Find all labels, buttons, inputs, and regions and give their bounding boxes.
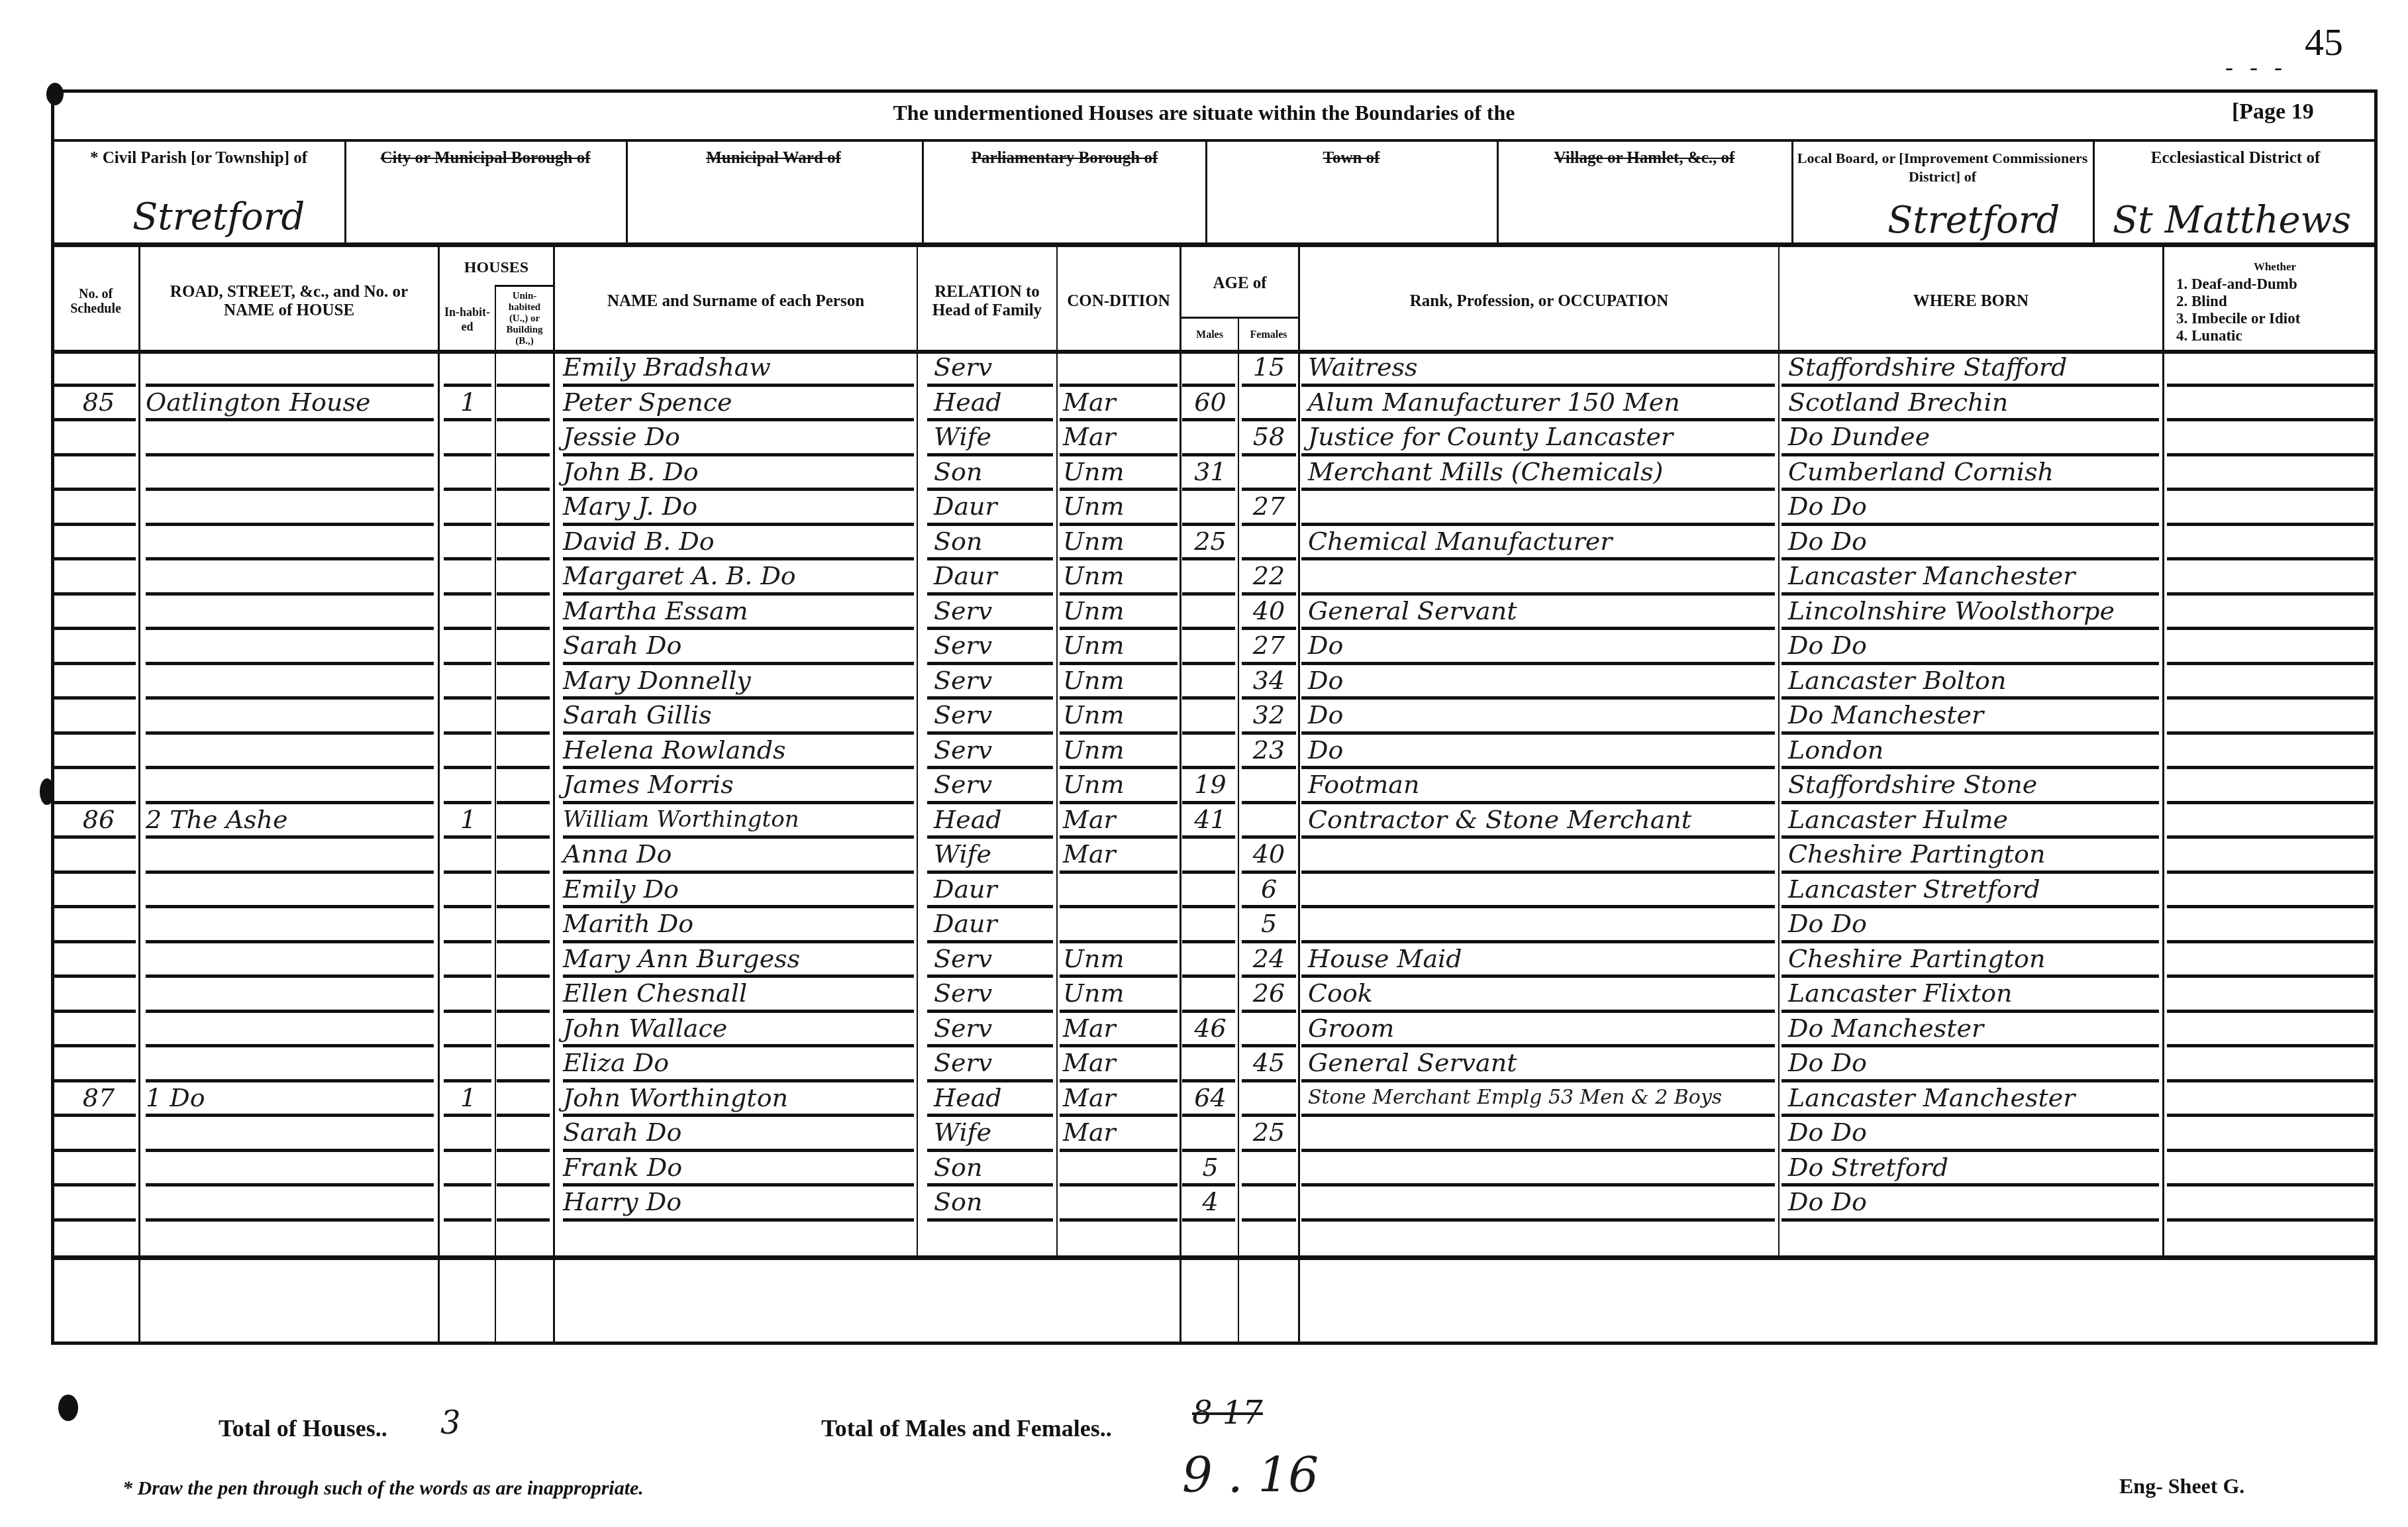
cell-name: Helena Rowlands	[563, 733, 914, 767]
boundary-label: Town of	[1323, 149, 1380, 167]
cell-relation: Serv	[934, 663, 1053, 698]
cell-male-age	[1185, 837, 1235, 871]
cell-occupation: General Servant	[1308, 1045, 1775, 1080]
cell-female-age	[1242, 802, 1295, 837]
col-rule	[553, 247, 555, 1345]
cell-infirmity	[2169, 1080, 2368, 1115]
cell-uninhabited	[498, 594, 551, 628]
cell-female-age: 6	[1242, 872, 1295, 906]
totals-houses-label: Total of Houses..	[219, 1414, 387, 1442]
cell-relation: Son	[934, 1150, 1053, 1185]
cell-where-born: Lancaster Manchester	[1788, 1080, 2159, 1115]
cell-occupation: General Servant	[1308, 594, 1775, 628]
cell-condition	[1063, 906, 1176, 941]
boundary-label: * Civil Parish [or Township] of	[90, 149, 307, 167]
cell-infirmity	[2169, 350, 2368, 384]
cell-where-born: Do Do	[1788, 1115, 2159, 1149]
cell-relation: Daur	[934, 489, 1053, 523]
cell-occupation: Waitress	[1308, 350, 1775, 384]
header-road: ROAD, STREET, &c., and No. or NAME of HO…	[140, 252, 438, 351]
cell-condition: Unm	[1063, 524, 1176, 558]
cell-where-born: Do Do	[1788, 1045, 2159, 1080]
header-condition: CON-DITION	[1058, 252, 1179, 351]
cell-schedule	[60, 1150, 138, 1185]
cell-condition: Mar	[1063, 1045, 1176, 1080]
cell-female-age: 24	[1242, 941, 1295, 976]
cell-road	[146, 663, 437, 698]
totals-people-label: Total of Males and Females..	[821, 1414, 1112, 1442]
cell-schedule	[60, 454, 138, 489]
cell-road	[146, 941, 437, 976]
cell-female-age: 58	[1242, 419, 1295, 454]
cell-inhabited	[445, 1011, 491, 1045]
cell-inhabited: 1	[445, 1080, 491, 1115]
cell-road	[146, 1115, 437, 1149]
cell-schedule	[60, 1011, 138, 1045]
boundary-village: Village or Hamlet, &c., of	[1499, 142, 1790, 242]
cell-relation: Serv	[934, 698, 1053, 732]
cell-schedule: 86	[60, 802, 138, 837]
cell-condition	[1063, 872, 1176, 906]
cell-uninhabited	[498, 698, 551, 732]
cell-male-age: 46	[1185, 1011, 1235, 1045]
cell-condition	[1063, 1150, 1176, 1185]
cell-inhabited	[445, 419, 491, 454]
cell-where-born: Lancaster Bolton	[1788, 663, 2159, 698]
cell-road	[146, 594, 437, 628]
cell-uninhabited	[498, 976, 551, 1010]
cell-relation: Serv	[934, 941, 1053, 976]
cell-name: Anna Do	[563, 837, 914, 871]
cell-male-age	[1185, 906, 1235, 941]
cell-occupation	[1308, 1150, 1775, 1185]
cell-name: Emily Do	[563, 872, 914, 906]
cell-schedule	[60, 837, 138, 871]
cell-infirmity	[2169, 1045, 2368, 1080]
cell-relation: Daur	[934, 872, 1053, 906]
cell-inhabited	[445, 906, 491, 941]
cell-female-age: 5	[1242, 906, 1295, 941]
title-divider	[51, 139, 2378, 142]
cell-where-born: Cheshire Partington	[1788, 837, 2159, 871]
cell-inhabited	[445, 454, 491, 489]
cell-male-age	[1185, 350, 1235, 384]
cell-schedule	[60, 733, 138, 767]
cell-schedule	[60, 663, 138, 698]
footnote: * Draw the pen through such of the words…	[123, 1477, 644, 1500]
header-relation: RELATION to Head of Family	[918, 252, 1056, 351]
cell-infirmity	[2169, 906, 2368, 941]
col-rule	[138, 247, 140, 1345]
cell-inhabited: 1	[445, 385, 491, 419]
cell-female-age	[1242, 454, 1295, 489]
cell-relation: Serv	[934, 594, 1053, 628]
cell-schedule	[60, 1045, 138, 1080]
cell-occupation: Do	[1308, 698, 1775, 732]
header-males: Males	[1181, 319, 1238, 351]
col-rule	[2162, 247, 2164, 1257]
cell-male-age: 31	[1185, 454, 1235, 489]
cell-uninhabited	[498, 906, 551, 941]
header-schedule: No. of Schedule	[53, 252, 138, 351]
boundary-label: Parliamentary Borough of	[972, 149, 1158, 167]
cell-relation: Wife	[934, 419, 1053, 454]
infirmity-option: 4. Lunatic	[2176, 327, 2242, 344]
cell-female-age: 32	[1242, 698, 1295, 732]
cell-where-born: Do Manchester	[1788, 698, 2159, 732]
cell-male-age	[1185, 628, 1235, 662]
cell-road	[146, 1150, 437, 1185]
cell-male-age: 4	[1185, 1185, 1235, 1219]
cell-where-born: Do Do	[1788, 628, 2159, 662]
boundary-label: City or Municipal Borough of	[380, 149, 590, 167]
cell-male-age	[1185, 558, 1235, 593]
col-rule	[495, 285, 496, 1345]
cell-road	[146, 698, 437, 732]
boundary-town: Town of	[1207, 142, 1495, 242]
cell-inhabited	[445, 872, 491, 906]
cell-uninhabited	[498, 489, 551, 523]
cell-road	[146, 906, 437, 941]
cell-name: Marith Do	[563, 906, 914, 941]
cell-inhabited	[445, 837, 491, 871]
cell-infirmity	[2169, 802, 2368, 837]
cell-infirmity	[2169, 767, 2368, 802]
header-infirmity: Whether 1. Deaf-and-Dumb 2. Blind 3. Imb…	[2164, 252, 2376, 351]
cell-occupation: Do	[1308, 628, 1775, 662]
cell-condition: Unm	[1063, 558, 1176, 593]
cell-condition: Unm	[1063, 733, 1176, 767]
folio-dashes: - - -	[2225, 53, 2287, 81]
cell-road	[146, 1185, 437, 1219]
cell-condition	[1063, 1185, 1176, 1219]
totals-houses-value: 3	[440, 1404, 461, 1442]
cell-where-born: London	[1788, 733, 2159, 767]
row-rule	[53, 1218, 136, 1222]
cell-schedule	[60, 524, 138, 558]
cell-where-born: Do Do	[1788, 906, 2159, 941]
col-rule	[1298, 247, 1300, 1345]
cell-road	[146, 350, 437, 384]
cell-road: 1 Do	[146, 1080, 437, 1115]
cell-occupation: Cook	[1308, 976, 1775, 1010]
cell-condition: Unm	[1063, 594, 1176, 628]
cell-male-age	[1185, 594, 1235, 628]
cell-name: Sarah Gillis	[563, 698, 914, 732]
cell-inhabited	[445, 1150, 491, 1185]
cell-uninhabited	[498, 733, 551, 767]
cell-female-age: 22	[1242, 558, 1295, 593]
cell-where-born: Staffordshire Stafford	[1788, 350, 2159, 384]
cell-inhabited	[445, 1045, 491, 1080]
cell-relation: Daur	[934, 906, 1053, 941]
cell-relation: Son	[934, 1185, 1053, 1219]
row-rule	[1781, 1218, 2159, 1222]
totals-people-corrected: 9 . 16	[1182, 1448, 1319, 1503]
cell-condition: Unm	[1063, 941, 1176, 976]
cell-relation: Son	[934, 454, 1053, 489]
cell-schedule: 85	[60, 385, 138, 419]
col-rule	[1238, 317, 1239, 1345]
cell-infirmity	[2169, 489, 2368, 523]
cell-male-age: 64	[1185, 1080, 1235, 1115]
cell-male-age: 5	[1185, 1150, 1235, 1185]
boundary-bottom-rule	[51, 242, 2378, 247]
cell-inhabited	[445, 628, 491, 662]
cell-schedule	[60, 872, 138, 906]
boundary-value-ecclesiastical: St Matthews	[2113, 199, 2351, 242]
cell-uninhabited	[498, 454, 551, 489]
boundary-city: City or Municipal Borough of	[346, 142, 625, 242]
cell-relation: Wife	[934, 837, 1053, 871]
cell-road	[146, 489, 437, 523]
cell-condition: Mar	[1063, 1011, 1176, 1045]
cell-relation: Serv	[934, 628, 1053, 662]
cell-inhabited	[445, 489, 491, 523]
boundary-value-local-board: Stretford	[1887, 199, 2060, 242]
cell-relation: Serv	[934, 1011, 1053, 1045]
header-uninhabited: Unin-habited (U.,) or Building (B.,)	[496, 287, 553, 351]
cell-relation: Son	[934, 524, 1053, 558]
boundary-label: Local Board, or [Improvement Commissione…	[1797, 150, 2088, 185]
cell-uninhabited	[498, 1185, 551, 1219]
cell-inhabited	[445, 524, 491, 558]
cell-uninhabited	[498, 628, 551, 662]
cell-condition: Mar	[1063, 802, 1176, 837]
cell-infirmity	[2169, 1011, 2368, 1045]
cell-uninhabited	[498, 802, 551, 837]
binding-hole	[46, 83, 64, 105]
cell-relation: Serv	[934, 976, 1053, 1010]
cell-female-age: 15	[1242, 350, 1295, 384]
cell-condition: Unm	[1063, 767, 1176, 802]
cell-name: William Worthington	[563, 802, 914, 837]
cell-schedule: 87	[60, 1080, 138, 1115]
cell-road	[146, 628, 437, 662]
cell-female-age	[1242, 1011, 1295, 1045]
cell-male-age	[1185, 698, 1235, 732]
rows-bottom-rule	[51, 1255, 2378, 1260]
cell-occupation	[1308, 489, 1775, 523]
cell-uninhabited	[498, 1080, 551, 1115]
cell-occupation: Chemical Manufacturer	[1308, 524, 1775, 558]
col-rule	[1778, 247, 1780, 1257]
col-rule	[917, 247, 918, 1257]
boundary-label: Ecclesiastical District of	[2151, 149, 2320, 167]
binding-hole	[40, 778, 54, 805]
cell-female-age: 45	[1242, 1045, 1295, 1080]
cell-occupation: Do	[1308, 733, 1775, 767]
page-label: [Page 19	[2232, 99, 2314, 125]
row-rule	[146, 1218, 434, 1222]
cell-female-age	[1242, 1080, 1295, 1115]
cell-condition: Unm	[1063, 454, 1176, 489]
cell-condition: Unm	[1063, 698, 1176, 732]
cell-road	[146, 872, 437, 906]
cell-infirmity	[2169, 1185, 2368, 1219]
cell-road	[146, 837, 437, 871]
cell-infirmity	[2169, 385, 2368, 419]
cell-condition: Mar	[1063, 419, 1176, 454]
cell-uninhabited	[498, 385, 551, 419]
infirmity-option: 2. Blind	[2176, 293, 2227, 310]
header-inhabited: In-habit-ed	[440, 287, 495, 351]
cell-schedule	[60, 1185, 138, 1219]
cell-condition: Unm	[1063, 489, 1176, 523]
cell-female-age: 40	[1242, 837, 1295, 871]
cell-infirmity	[2169, 698, 2368, 732]
cell-condition: Mar	[1063, 837, 1176, 871]
cell-condition: Mar	[1063, 1115, 1176, 1149]
cell-infirmity	[2169, 976, 2368, 1010]
cell-name: David B. Do	[563, 524, 914, 558]
row-rule	[2167, 1218, 2374, 1222]
cell-name: Eliza Do	[563, 1045, 914, 1080]
cell-condition: Mar	[1063, 385, 1176, 419]
cell-male-age	[1185, 941, 1235, 976]
cell-female-age: 34	[1242, 663, 1295, 698]
cell-name: John Worthington	[563, 1080, 914, 1115]
cell-where-born: Do Stretford	[1788, 1150, 2159, 1185]
cell-occupation: Justice for County Lancaster	[1308, 419, 1775, 454]
col-rule	[1056, 247, 1058, 1257]
infirmity-option: 1. Deaf-and-Dumb	[2176, 276, 2297, 293]
cell-condition: Unm	[1063, 663, 1176, 698]
boundary-label: Village or Hamlet, &c., of	[1554, 149, 1735, 167]
cell-where-born: Staffordshire Stone	[1788, 767, 2159, 802]
cell-road	[146, 524, 437, 558]
cell-infirmity	[2169, 524, 2368, 558]
header-name: NAME and Surname of each Person	[555, 252, 917, 351]
row-rule	[927, 1218, 1053, 1222]
cell-relation: Head	[934, 385, 1053, 419]
cell-schedule	[60, 1115, 138, 1149]
cell-female-age	[1242, 767, 1295, 802]
cell-male-age	[1185, 1045, 1235, 1080]
cell-road	[146, 1011, 437, 1045]
cell-male-age: 41	[1185, 802, 1235, 837]
cell-uninhabited	[498, 837, 551, 871]
cell-schedule	[60, 767, 138, 802]
cell-uninhabited	[498, 558, 551, 593]
cell-name: Sarah Do	[563, 1115, 914, 1149]
cell-where-born: Do Dundee	[1788, 419, 2159, 454]
cell-schedule	[60, 419, 138, 454]
cell-inhabited	[445, 663, 491, 698]
cell-inhabited: 1	[445, 802, 491, 837]
cell-female-age: 40	[1242, 594, 1295, 628]
cell-schedule	[60, 594, 138, 628]
cell-male-age	[1185, 976, 1235, 1010]
cell-name: Emily Bradshaw	[563, 350, 914, 384]
cell-road	[146, 976, 437, 1010]
cell-road: Oatlington House	[146, 385, 437, 419]
cell-road	[146, 1045, 437, 1080]
cell-road	[146, 767, 437, 802]
cell-occupation: House Maid	[1308, 941, 1775, 976]
cell-male-age	[1185, 1115, 1235, 1149]
cell-female-age: 27	[1242, 628, 1295, 662]
cell-where-born: Lincolnshire Woolsthorpe	[1788, 594, 2159, 628]
cell-relation: Head	[934, 1080, 1053, 1115]
sheet-label: Eng- Sheet G.	[2119, 1474, 2244, 1499]
cell-where-born: Lancaster Hulme	[1788, 802, 2159, 837]
cell-schedule	[60, 558, 138, 593]
cell-where-born: Do Do	[1788, 1185, 2159, 1219]
cell-relation: Serv	[934, 1045, 1053, 1080]
cell-name: Mary Donnelly	[563, 663, 914, 698]
cell-uninhabited	[498, 524, 551, 558]
cell-where-born: Do Do	[1788, 489, 2159, 523]
cell-female-age	[1242, 1150, 1295, 1185]
cell-name: Mary Ann Burgess	[563, 941, 914, 976]
cell-infirmity	[2169, 1115, 2368, 1149]
boundary-label: Municipal Ward of	[706, 149, 841, 167]
col-rule	[438, 247, 440, 1345]
cell-road: 2 The Ashe	[146, 802, 437, 837]
cell-name: James Morris	[563, 767, 914, 802]
cell-inhabited	[445, 558, 491, 593]
cell-schedule	[60, 941, 138, 976]
cell-male-age	[1185, 663, 1235, 698]
cell-inhabited	[445, 1115, 491, 1149]
cell-occupation	[1308, 1185, 1775, 1219]
cell-schedule	[60, 628, 138, 662]
boundary-value-civil-parish: Stretford	[132, 195, 305, 238]
cell-male-age: 60	[1185, 385, 1235, 419]
cell-condition: Mar	[1063, 1080, 1176, 1115]
cell-uninhabited	[498, 941, 551, 976]
cell-relation: Serv	[934, 733, 1053, 767]
cell-infirmity	[2169, 663, 2368, 698]
cell-male-age	[1185, 872, 1235, 906]
cell-where-born: Scotland Brechin	[1788, 385, 2159, 419]
cell-inhabited	[445, 733, 491, 767]
row-rule	[444, 1218, 491, 1222]
cell-uninhabited	[498, 1115, 551, 1149]
cell-inhabited	[445, 976, 491, 1010]
cell-infirmity	[2169, 733, 2368, 767]
cell-relation: Serv	[934, 350, 1053, 384]
cell-infirmity	[2169, 594, 2368, 628]
row-rule	[1060, 1218, 1178, 1222]
row-rule	[1301, 1218, 1775, 1222]
cell-uninhabited	[498, 419, 551, 454]
cell-road	[146, 419, 437, 454]
cell-condition: Unm	[1063, 976, 1176, 1010]
cell-road	[146, 733, 437, 767]
boundary-title: The undermentioned Houses are situate wi…	[0, 101, 2408, 125]
cell-uninhabited	[498, 1011, 551, 1045]
cell-uninhabited	[498, 350, 551, 384]
header-where-born: WHERE BORN	[1780, 252, 2162, 351]
boundary-municipal-ward: Municipal Ward of	[628, 142, 919, 242]
cell-name: Martha Essam	[563, 594, 914, 628]
cell-female-age	[1242, 524, 1295, 558]
cell-where-born: Do Do	[1788, 524, 2159, 558]
cell-where-born: Lancaster Flixton	[1788, 976, 2159, 1010]
cell-inhabited	[445, 350, 491, 384]
cell-occupation: Footman	[1308, 767, 1775, 802]
cell-name: Peter Spence	[563, 385, 914, 419]
cell-occupation: Groom	[1308, 1011, 1775, 1045]
cell-male-age: 19	[1185, 767, 1235, 802]
cell-name: Mary J. Do	[563, 489, 914, 523]
header-occupation: Rank, Profession, or OCCUPATION	[1300, 252, 1778, 351]
cell-road	[146, 558, 437, 593]
cell-where-born: Cumberland Cornish	[1788, 454, 2159, 489]
boundary-parliamentary-borough: Parliamentary Borough of	[924, 142, 1205, 242]
